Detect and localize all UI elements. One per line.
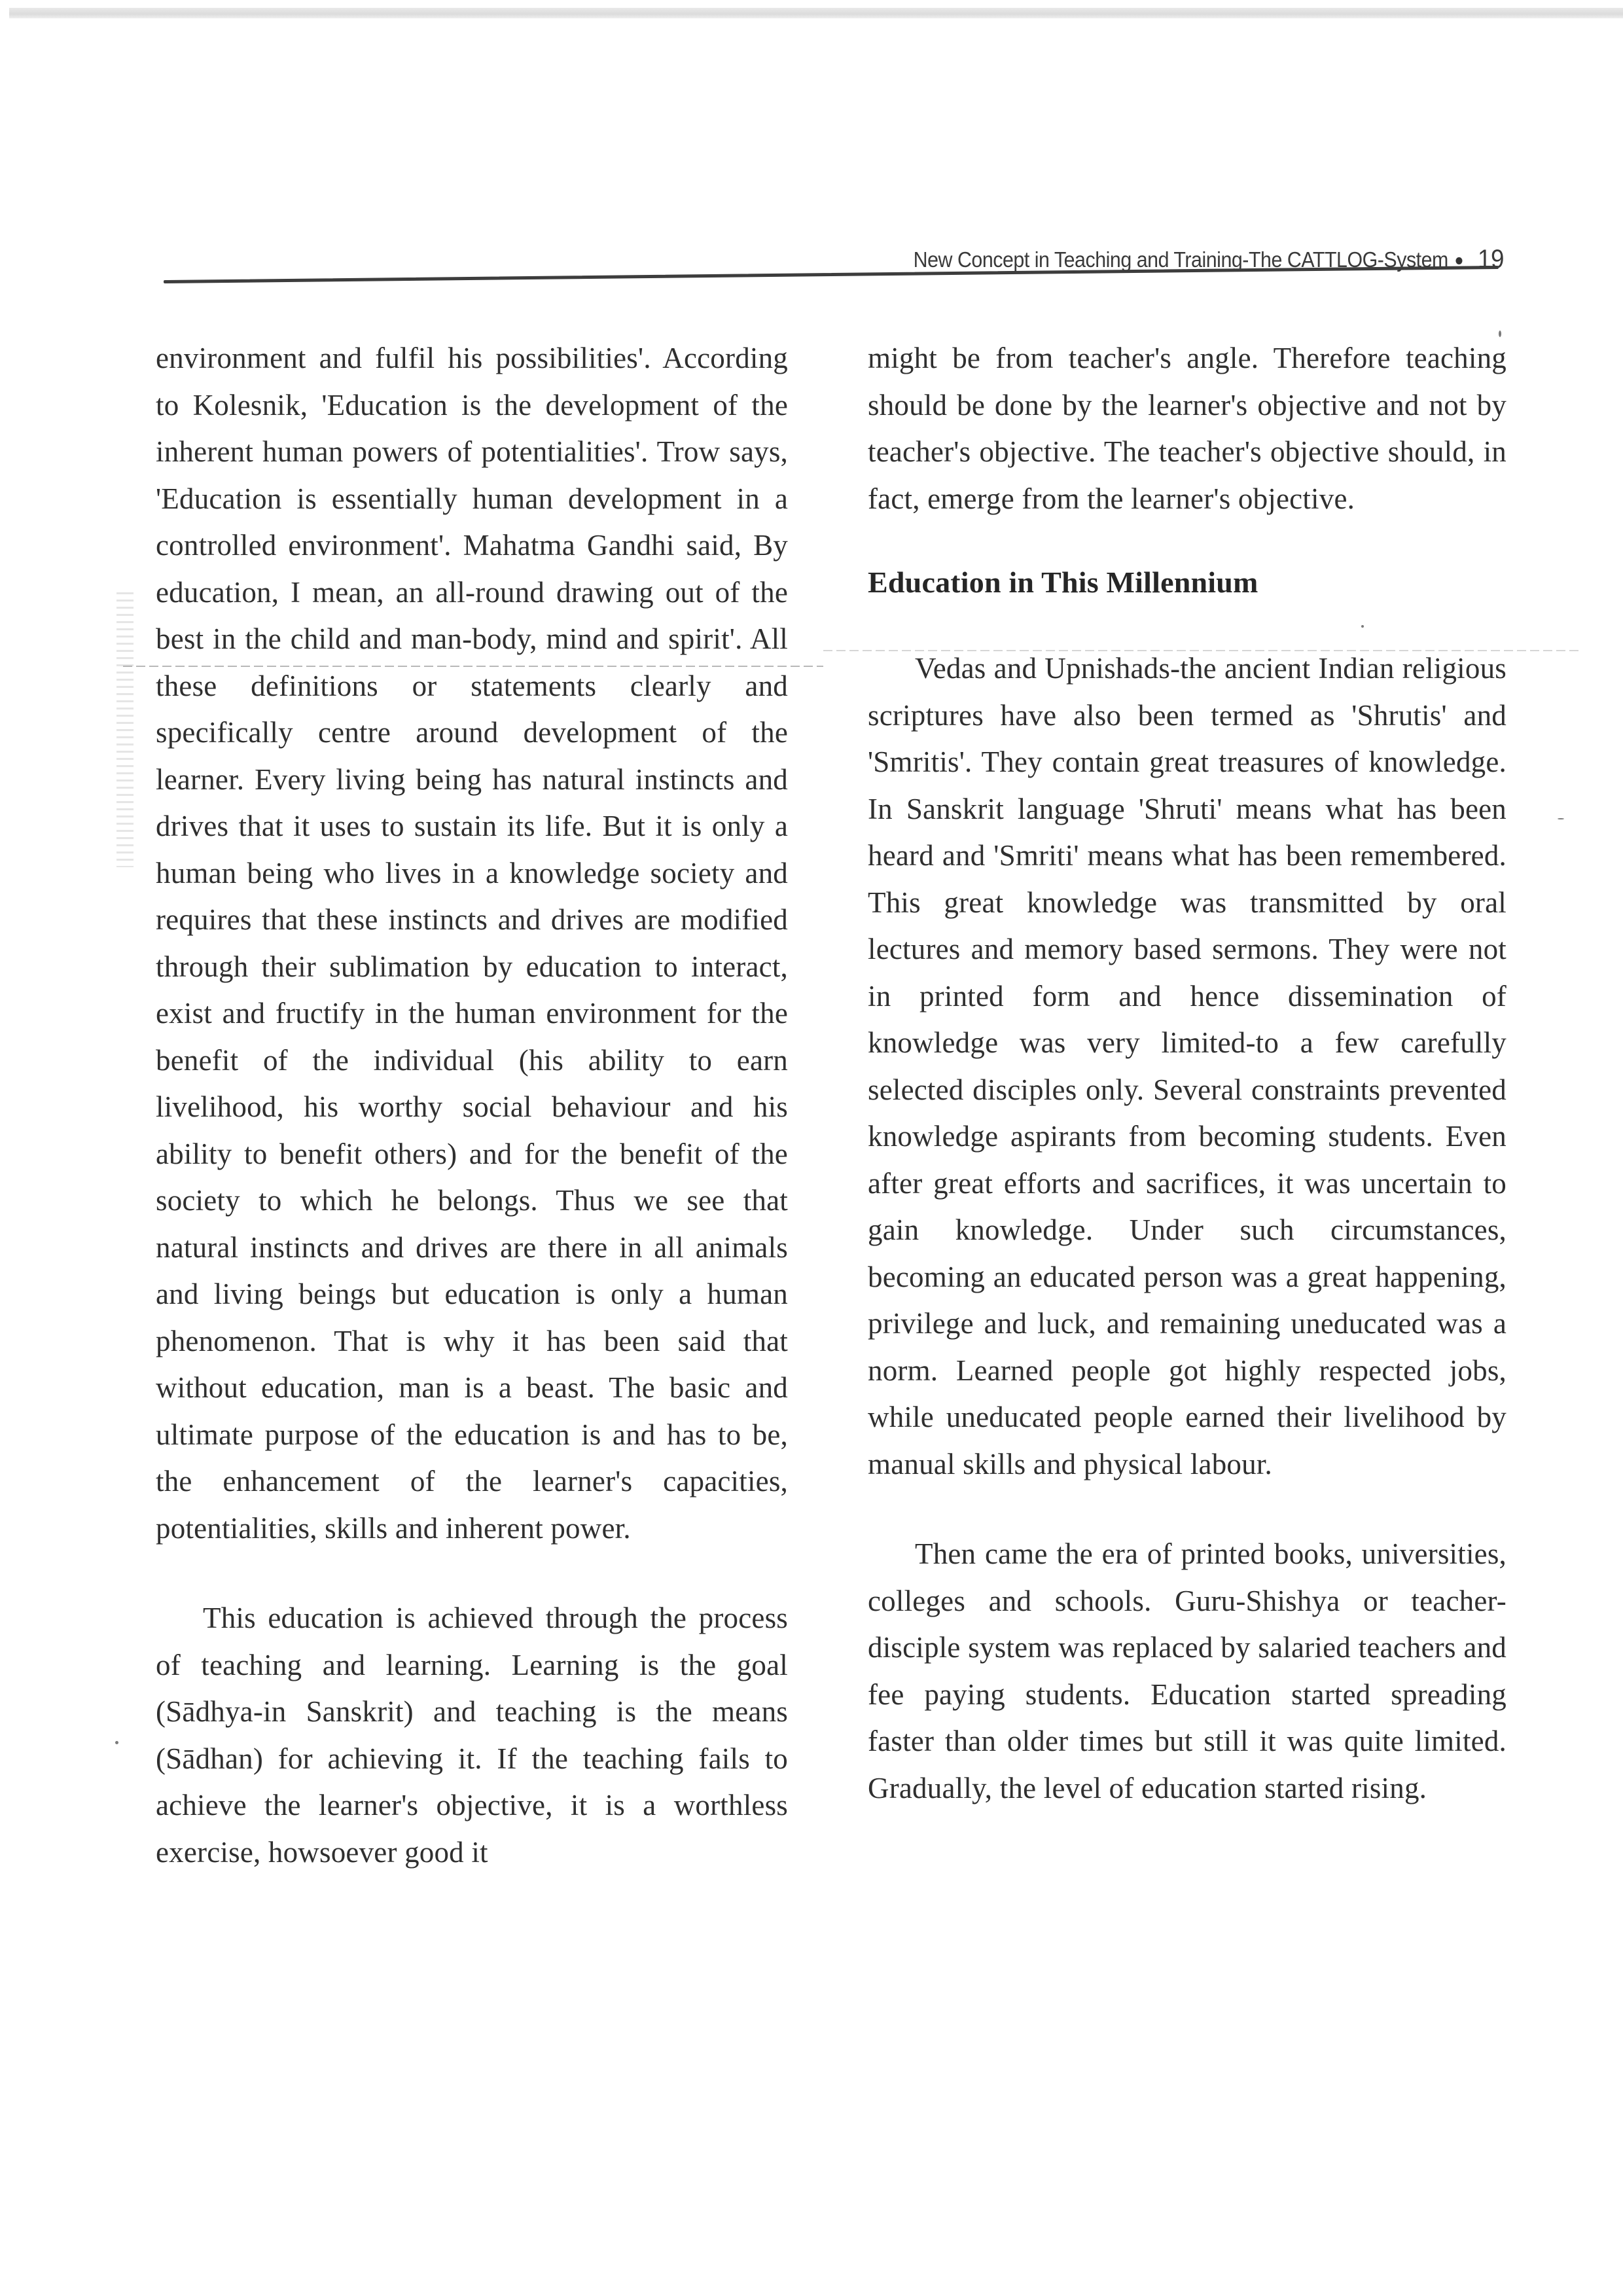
scan-speck (1361, 625, 1364, 628)
paragraph-gap (868, 1488, 1507, 1531)
paragraph-teaching-learning: This education is achieved through the p… (156, 1595, 788, 1876)
scan-speck (1499, 331, 1501, 337)
paragraph-vedas-upnishads: Vedas and Upnishads-the ancient Indian r… (868, 645, 1507, 1488)
bullet-separator-icon (1455, 257, 1462, 264)
section-heading: Education in This Millennium (868, 563, 1507, 602)
scanner-edge-bar (9, 8, 1623, 18)
paragraph-printed-books-era: Then came the era of printed books, univ… (868, 1531, 1507, 1812)
scan-speck (115, 1741, 118, 1744)
left-column: environment and fulfil his possibilities… (156, 335, 788, 1876)
header-rule (164, 266, 1499, 283)
paragraph-gap (156, 1552, 788, 1595)
scan-speck (1558, 818, 1564, 819)
right-column: might be from teacher's angle. Therefore… (868, 335, 1507, 1812)
scan-margin-noise (116, 592, 134, 867)
paragraph-learner-objective: might be from teacher's angle. Therefore… (868, 335, 1507, 522)
paragraph-definitions: environment and fulfil his possibilities… (156, 335, 788, 1552)
